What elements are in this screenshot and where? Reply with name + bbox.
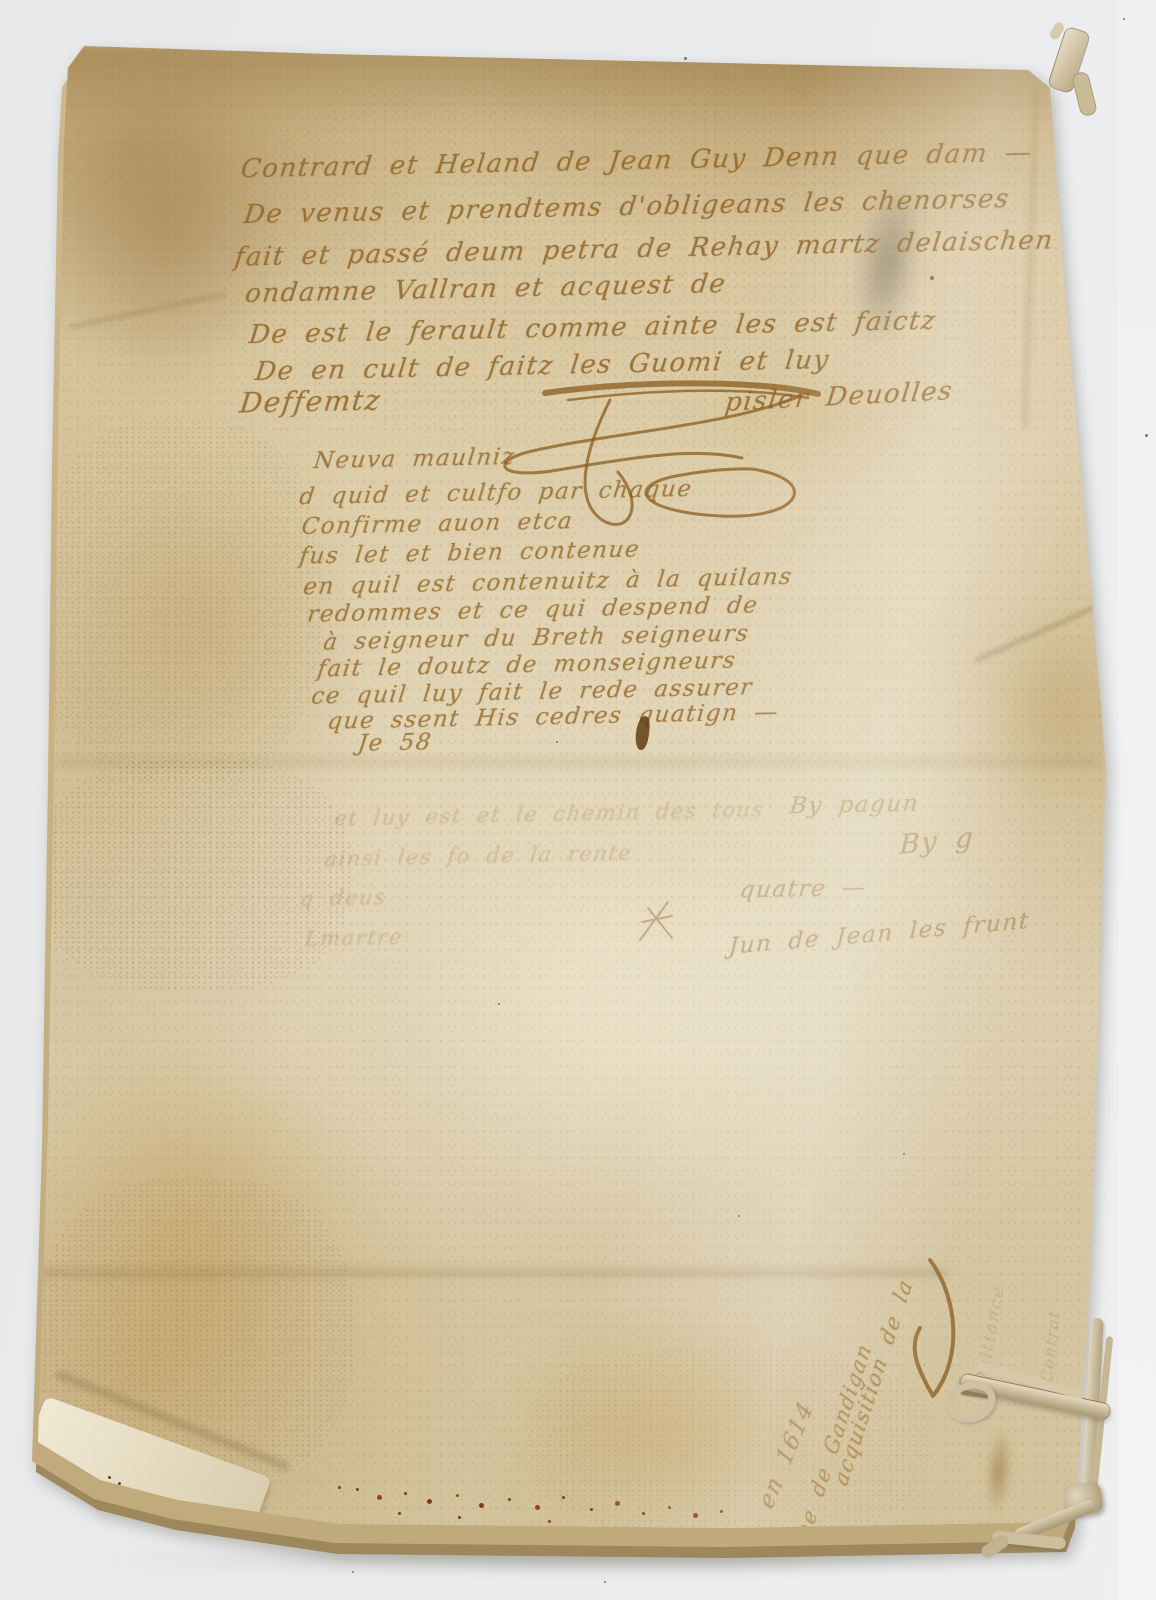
side-annotation-line: en 1614 xyxy=(756,1398,818,1513)
dust-speck xyxy=(1123,18,1125,20)
handwritten-line: ce quil luy fait le rede assurer xyxy=(310,676,754,708)
document-stack: Contrard et Heland de Jean Guy Denn que … xyxy=(0,0,1156,1600)
signature-underline-thin xyxy=(568,391,808,400)
crease-horizontal xyxy=(58,758,1098,766)
handwritten-line: ondamne Vallran et acquest de xyxy=(244,271,728,307)
dust-speck xyxy=(352,1571,354,1573)
fold-corner-flap xyxy=(23,1396,271,1540)
fold-crease xyxy=(55,1370,290,1471)
cord-tail xyxy=(1013,1498,1098,1542)
handwritten-line-faded: ainsi les fo de la rente xyxy=(323,843,633,870)
speckle-texture xyxy=(528,1348,928,1538)
handwritten-line: De en cult de faitz les Guomi et luy xyxy=(254,347,832,385)
cord-slit xyxy=(960,1388,991,1399)
side-annotation-line: ferme de Gandigan xyxy=(781,1340,875,1581)
ink-specks xyxy=(498,1003,500,1005)
side-paraph xyxy=(915,1260,954,1396)
cord-strand xyxy=(1048,21,1066,42)
paraph-sweep xyxy=(505,396,800,473)
paraph-loop xyxy=(646,469,794,516)
stain-bottom-center xyxy=(528,1338,808,1508)
handwritten-line: fait le doutz de monseigneurs xyxy=(316,650,738,682)
handwritten-line: fus let et bien contenue xyxy=(298,538,641,568)
backdrop-seam xyxy=(1118,0,1156,1600)
handwritten-line: Confirme auon etca xyxy=(300,510,574,539)
cord-strand xyxy=(1071,71,1098,118)
dust-speck xyxy=(118,281,120,283)
signature-underline xyxy=(545,383,818,394)
stain-bottom-left xyxy=(38,1028,348,1468)
handwritten-line: Deffemtz xyxy=(238,387,383,418)
handwritten-line: De est le ferault comme ainte les est fa… xyxy=(248,308,938,348)
red-speckles-cluster xyxy=(108,1476,111,1479)
under-sheet xyxy=(22,47,1114,1582)
stain-top-edge xyxy=(58,46,1058,126)
crease-vertical xyxy=(1022,88,1039,428)
handwritten-line: redommes et ce qui despend de xyxy=(306,594,760,626)
cord-knot xyxy=(1062,1481,1104,1518)
dust-speck xyxy=(1145,434,1148,437)
cast-shadow xyxy=(95,1548,1045,1570)
ink-blot xyxy=(634,715,650,750)
handwritten-line-faded: q deus xyxy=(299,887,388,910)
cord-strand-horizontal xyxy=(958,1372,1112,1421)
edge-annotation: Quittance xyxy=(974,1283,1008,1389)
speckle-texture xyxy=(40,760,350,990)
cord-strand xyxy=(1047,26,1092,95)
handwritten-line-faded: Lmartre xyxy=(304,927,405,950)
cord-tail xyxy=(992,1530,1067,1550)
handwritten-fragment: quatre — xyxy=(738,877,868,903)
signature: pisler Deuolles xyxy=(724,378,955,416)
pounce-texture xyxy=(220,68,1060,448)
stain-dark-smudge xyxy=(844,174,933,352)
handwritten-line: à seigneur du Breth seigneurs xyxy=(322,623,751,655)
crease-horizontal xyxy=(28,1268,948,1278)
cord-strand-horizontal xyxy=(977,1361,1085,1400)
handwritten-fragment: Jun de Jean les frunt xyxy=(728,910,1030,959)
crease-diagonal xyxy=(973,598,1112,664)
stain-under-signature xyxy=(668,358,928,478)
handwritten-line: Neuva maulniz xyxy=(312,446,516,473)
descender-flourish xyxy=(585,400,632,524)
crease-diagonal xyxy=(69,291,227,329)
stain-top-left xyxy=(48,68,288,398)
handwritten-line: en quil est contenuitz à la quilans xyxy=(302,566,794,599)
dust-speck xyxy=(604,1581,606,1583)
handwritten-line-faded: et luy est et le chemin des tous xyxy=(333,800,765,830)
handwritten-fragment: By g xyxy=(899,824,975,859)
side-annotation-line: acquisition de la xyxy=(831,1275,916,1489)
red-speckles-cluster xyxy=(338,1486,341,1489)
stain-right-middle xyxy=(978,608,1128,808)
handwritten-line: que ssent His cedres quatign — xyxy=(326,701,780,733)
handwritten-line: De venus et prendtems d'obligeans les ch… xyxy=(242,186,1011,228)
binding-cord-top xyxy=(1046,22,1116,122)
handwritten-line: d quid et cultfo par chaque xyxy=(298,478,694,509)
speckle-texture xyxy=(42,1178,352,1488)
stain-left-band xyxy=(58,458,358,788)
stain-drip-corner xyxy=(983,1425,1015,1517)
binding-cord-bottom xyxy=(940,1318,1152,1600)
cord-strand-vertical xyxy=(1081,1318,1103,1498)
ink-flourish xyxy=(28,28,1120,1563)
under-sheet-edge xyxy=(26,58,1118,1593)
handwritten-line: Contrard et Heland de Jean Guy Denn que … xyxy=(239,140,1034,183)
handwritten-fragment: By pagun xyxy=(788,793,920,819)
handwritten-line: Je 58 xyxy=(357,731,434,756)
edge-annotation: Contrat xyxy=(1039,1308,1062,1384)
parchment-document: Contrard et Heland de Jean Guy Denn que … xyxy=(28,28,1120,1563)
sheen-highlight xyxy=(378,828,878,1228)
cord-tail xyxy=(979,1533,1011,1561)
dust-speck xyxy=(684,57,687,60)
cord-end-loop xyxy=(941,1375,1001,1428)
scratch-mark xyxy=(640,902,672,940)
photo-of-vellum-document: { "colors": { "background": "#e9ebec", "… xyxy=(0,0,1156,1600)
handwritten-line: fait et passé deum petra de Rehay martz … xyxy=(233,227,1055,270)
speckle-texture xyxy=(40,420,320,780)
cord-strand-vertical xyxy=(1090,1336,1114,1496)
